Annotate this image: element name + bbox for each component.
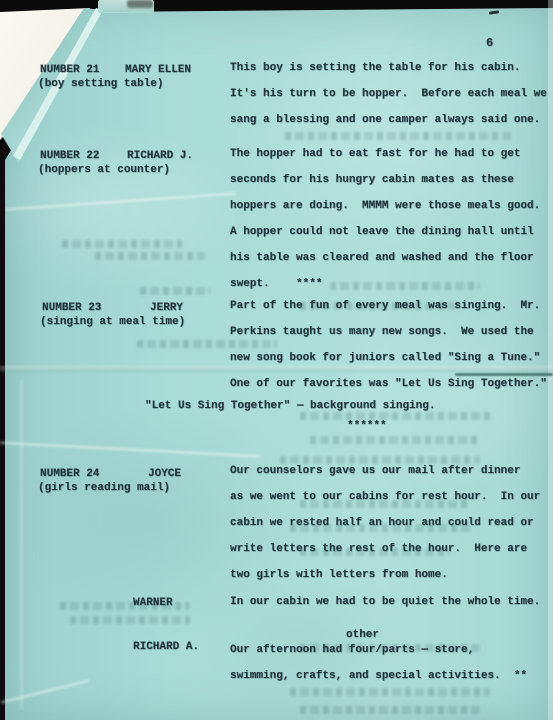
script-line: sang a blessing and one camper always sa… [230,107,553,133]
ghost-text-smudge [285,132,515,140]
section-number: NUMBER 23 [42,302,101,314]
ghost-text-smudge [300,706,480,714]
script-line: two girls with letters from home. [230,562,540,588]
ghost-text-smudge [70,616,190,624]
script-line: The hopper had to eat fast for he had to… [230,141,540,167]
ghost-text-smudge [140,287,210,295]
section-body: Part of the fun of every meal was singin… [230,293,547,397]
section-note: (boy setting table) [38,78,163,90]
section-note: (hoppers at counter) [38,164,170,176]
tape-shadow [127,0,153,8]
ghost-text-smudge [95,252,205,260]
script-line: swimming, crafts, and special activities… [230,663,527,689]
section-body: The hopper had to eat fast for he had to… [230,141,540,297]
section-character: MARY ELLEN [125,64,191,76]
script-line: In our cabin we had to be quiet the whol… [230,589,540,615]
section-number: NUMBER 24 [40,468,99,480]
paper-crease [20,380,23,710]
asterisk-separator: ****** [347,420,387,432]
script-line: cabin we rested half an hour and could r… [230,510,540,536]
section-number: NUMBER 22 [40,150,99,162]
script-line: hoppers are doing. MMMM were those meals… [230,193,540,219]
section-body: In our cabin we had to be quiet the whol… [230,589,540,615]
section-body: Our afternoon had four/parts — store, sw… [230,637,527,689]
script-line: write letters the rest of the hour. Here… [230,536,540,562]
section-character: WARNER [133,597,173,609]
script-line: his table was cleared and washed and the… [230,245,540,271]
script-line: A hopper could not leave the dining hall… [230,219,540,245]
section-body: Our counselors gave us our mail after di… [230,458,540,588]
interlude-line: "Let Us Sing Together" — background sing… [145,400,435,412]
script-line: This boy is setting the table for his ca… [230,55,553,81]
script-line: Part of the fun of every meal was singin… [230,293,547,319]
section-note: (girls reading mail) [38,482,170,494]
ghost-text-smudge [300,412,490,420]
ghost-text-smudge [62,240,182,248]
ghost-text-smudge [290,688,490,696]
ghost-text-smudge [310,436,480,444]
script-line: One of our favorites was "Let Us Sing To… [230,371,547,397]
section-note: (singing at meal time) [40,316,185,328]
section-character: RICHARD A. [133,641,199,653]
script-line: Perkins taught us many new songs. We use… [230,319,547,345]
scanned-script-page: 6 NUMBER 21 MARY ELLEN (boy setting tabl… [0,0,553,720]
script-line: new song book for juniors called "Sing a… [230,345,547,371]
section-character: RICHARD J. [127,150,193,162]
page-number: 6 [486,36,493,50]
section-number: NUMBER 21 [40,64,99,76]
script-line: It's his turn to be hopper. Before each … [230,81,553,107]
script-line: Our counselors gave us our mail after di… [230,458,540,484]
section-character: JOYCE [148,468,181,480]
section-body: This boy is setting the table for his ca… [230,55,553,133]
script-line: seconds for his hungry cabin mates as th… [230,167,540,193]
script-line: Our afternoon had four/parts — store, [230,637,527,663]
script-line: as we went to our cabins for rest hour. … [230,484,540,510]
section-character: JERRY [150,302,183,314]
